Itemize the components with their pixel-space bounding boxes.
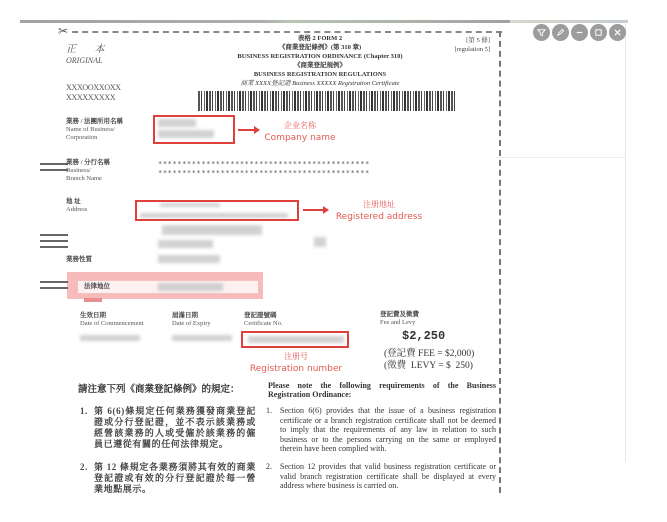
branch-name-value: ****************************************… <box>158 160 370 178</box>
legal-status-label: 法律地位 <box>84 283 110 291</box>
redacted-nature <box>158 255 220 263</box>
regulation-ref-en: [regulation 5] <box>420 45 490 54</box>
address-label: 地 址 Address <box>66 198 87 214</box>
note-en-2: 2. Section 12 provides that valid busine… <box>266 462 496 491</box>
redacted-expiry-date <box>172 335 232 341</box>
maximize-icon <box>594 28 603 37</box>
redacted-address-5 <box>314 237 326 247</box>
certificate-header: 表格 2 FORM 2 《商業登記條例》(第 310 章) BUSINESS R… <box>200 34 440 88</box>
company-name-annotation-en: Company name <box>264 133 335 143</box>
redacted-commencement-date <box>80 335 140 341</box>
form-number: 表格 2 FORM 2 <box>200 34 440 43</box>
funnel-icon <box>537 28 546 37</box>
registered-address-annotation: 注册地址 Registered address <box>332 199 426 223</box>
expiry-label-en: Date of Expiry <box>172 320 211 328</box>
note-zh-2: 2. 第 12 條規定各業務須將其有效的商業登記證或有效的分行登記證於每一營業地… <box>80 462 256 495</box>
code-line-2: XXXXXXXXX <box>66 93 115 102</box>
fee-label-en: Fee and Levy <box>380 319 419 327</box>
regulation-ref-zh: [第 5 條] <box>420 36 490 45</box>
minimize-button[interactable] <box>571 24 588 41</box>
registered-address-annotation-zh: 注册地址 <box>332 199 426 211</box>
registered-address-highlight <box>135 200 299 221</box>
branch-name-label-en2: Branch Name <box>66 175 110 183</box>
commencement-label-en: Date of Commencement <box>80 320 144 328</box>
filter-button[interactable] <box>533 24 550 41</box>
fee-total: $2,250 <box>402 329 445 343</box>
viewer-top-border-right <box>510 20 628 23</box>
branch-name-label-zh: 業務 / 分行名稱 <box>66 159 110 167</box>
expiry-label: 屆滿日期 Date of Expiry <box>172 312 211 328</box>
commencement-label-zh: 生效日期 <box>80 312 144 320</box>
ordinance-zh: 《商業登記條例》(第 310 章) <box>200 43 440 52</box>
viewer-divider <box>495 157 625 158</box>
business-name-label: 業務 / 法團所用名稱 Name of Business/ Corporatio… <box>66 118 123 142</box>
note-en-1: 1. Section 6(6) provides that the issue … <box>266 406 496 454</box>
list-lines-icon-3 <box>40 281 68 293</box>
scissors-icon: ✂ <box>58 24 70 38</box>
maximize-button[interactable] <box>590 24 607 41</box>
registration-number-annotation: 注册号 Registration number <box>240 351 352 375</box>
company-name-arrow <box>238 129 256 131</box>
branch-name-label: 業務 / 分行名稱 Business/ Branch Name <box>66 159 110 183</box>
business-name-label-en2: Corporation <box>66 134 123 142</box>
address-label-en: Address <box>66 206 87 214</box>
ordinance-en: BUSINESS REGISTRATION ORDINANCE (Chapter… <box>200 52 440 61</box>
registration-number-annotation-en: Registration number <box>250 364 342 374</box>
notes-title-zh: 請注意下列《商業登記條例》的規定： <box>78 381 240 395</box>
company-name-highlight <box>153 115 235 144</box>
registered-address-arrow <box>303 209 325 211</box>
note-zh-1-number: 1. <box>80 406 88 417</box>
redacted-address-3 <box>162 225 262 235</box>
close-button[interactable] <box>609 24 626 41</box>
cert-no-label-zh: 登記證號碼 <box>244 312 283 320</box>
fee-label: 登記費及徵費 Fee and Levy <box>380 311 419 327</box>
viewer-top-border <box>20 20 510 23</box>
viewer-right-edge <box>625 22 626 462</box>
company-name-annotation: 企业名称 Company name <box>260 120 340 144</box>
edit-button[interactable] <box>552 24 569 41</box>
vertical-cut-line <box>499 31 501 493</box>
note-zh-2-number: 2. <box>80 462 88 473</box>
edit-icon <box>556 28 565 37</box>
minimize-icon <box>575 28 584 37</box>
list-lines-icon <box>40 163 68 175</box>
note-zh-1: 1. 第 6(6)條規定任何業務獲發商業登記證或分行登記證，並不表示該業務或經營… <box>80 406 256 450</box>
cut-line <box>62 31 502 33</box>
barcode <box>198 91 455 111</box>
note-en-2-text: Section 12 provides that valid business … <box>266 462 496 491</box>
regulation-reference: [第 5 條] [regulation 5] <box>420 36 490 54</box>
redacted-address-4 <box>158 240 213 248</box>
redacted-legal-status <box>158 283 223 291</box>
certificate-title: 商業 XXXX登記證 Business XXXXX Registration C… <box>200 79 440 88</box>
fee-label-zh: 登記費及徵費 <box>380 311 419 319</box>
business-name-label-zh: 業務 / 法團所用名稱 <box>66 118 123 126</box>
window-controls <box>533 24 626 41</box>
company-name-annotation-zh: 企业名称 <box>260 120 340 132</box>
registration-number-highlight <box>241 331 349 348</box>
cert-no-label: 登記證號碼 Certificate No. <box>244 312 283 328</box>
commencement-label: 生效日期 Date of Commencement <box>80 312 144 328</box>
notes-title-en: Please note the following requirements o… <box>268 381 496 399</box>
note-en-1-text: Section 6(6) provides that the issue of … <box>266 406 496 454</box>
expiry-label-zh: 屆滿日期 <box>172 312 211 320</box>
legal-status-label-zh: 法律地位 <box>84 283 110 290</box>
cert-no-label-en: Certificate No. <box>244 320 283 328</box>
list-lines-icon-2 <box>40 234 68 252</box>
regulations-en: BUSINESS REGISTRATION REGULATIONS <box>200 70 440 79</box>
legal-status-tab <box>84 298 102 302</box>
business-name-label-en1: Name of Business/ <box>66 126 123 134</box>
note-en-2-number: 2. <box>266 462 272 472</box>
note-zh-1-text: 第 6(6)條規定任何業務獲發商業登記證或分行登記證，並不表示該業務或經營該業務… <box>80 406 256 450</box>
address-label-zh: 地 址 <box>66 198 87 206</box>
nature-label: 業務性質 <box>66 256 92 264</box>
branch-name-value-line2: ****************************************… <box>158 169 370 178</box>
original-label-zh: 正 本 <box>66 40 113 55</box>
note-zh-2-text: 第 12 條規定各業務須將其有效的商業登記證或有效的分行登記證於每一營業地點展示… <box>80 462 256 495</box>
nature-label-zh: 業務性質 <box>66 256 92 264</box>
original-label-en: ORIGINAL <box>66 56 102 65</box>
branch-name-label-en1: Business/ <box>66 167 110 175</box>
regulations-zh: 《商業登記規例》 <box>200 61 440 70</box>
code-line-1: XXXOOXXOXX <box>66 83 121 92</box>
branch-name-value-line1: ****************************************… <box>158 160 370 169</box>
note-en-1-number: 1. <box>266 406 272 416</box>
close-icon <box>613 28 622 37</box>
registered-address-annotation-en: Registered address <box>336 212 422 222</box>
registration-number-annotation-zh: 注册号 <box>240 351 352 363</box>
levy: (徵費 LEVY = $ 250) <box>384 357 473 371</box>
